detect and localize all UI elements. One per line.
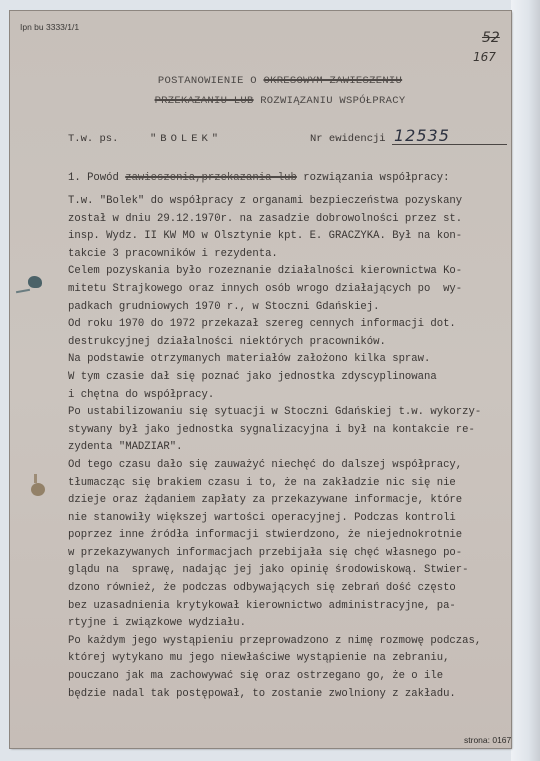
body-line: pouczano jak ma zachowywać się oraz ostr… bbox=[68, 668, 508, 686]
body-line: stywany był jako jednostka sygnalizacyjn… bbox=[68, 422, 508, 440]
pseudonym: "BOLEK" bbox=[150, 133, 222, 145]
body-line: Po ustabilizowaniu się sytuacji w Stoczn… bbox=[68, 404, 508, 422]
body-line: padkach grudniowych 1970 r., w Stoczni G… bbox=[68, 299, 508, 317]
heading-suffix: rozwiązania współpracy: bbox=[297, 172, 450, 184]
body-line: Celem pozyskania było rozeznanie działal… bbox=[68, 263, 508, 281]
title-text: POSTANOWIENIE O bbox=[158, 75, 264, 87]
body-line: insp. Wydz. II KW MO w Olsztynie kpt. E.… bbox=[68, 228, 508, 246]
body-line: dzieje oraz żądaniem zapłaty za przekazy… bbox=[68, 492, 508, 510]
body-line: Od roku 1970 do 1972 przekazał szereg ce… bbox=[68, 316, 508, 334]
ink-stain bbox=[28, 276, 42, 288]
handwritten-crossed-number: 52 bbox=[482, 30, 500, 46]
body-line: w przekazywanych informacjach przebijała… bbox=[68, 545, 508, 563]
title-struck-text: PRZEKAZANIU LUB bbox=[155, 95, 254, 107]
document-title-line-1: POSTANOWIENIE O OKRESOWYM ZAWIESZENIU bbox=[70, 75, 490, 87]
body-line: Na podstawie otrzymanych materiałów zało… bbox=[68, 351, 508, 369]
body-paragraph: T.w. "Bolek" do współpracy z organami be… bbox=[68, 193, 508, 703]
body-line: glądu na sprawę, nadając jej jako opinię… bbox=[68, 562, 508, 580]
body-line: poprzez inne źródła informacji stwierdzo… bbox=[68, 527, 508, 545]
body-line: bez uzasadnienia krytykował kierownictwo… bbox=[68, 598, 508, 616]
body-line: będzie nadal tak postępował, to zostanie… bbox=[68, 686, 508, 704]
body-line: i chętna do współpracy. bbox=[68, 387, 508, 405]
brown-stain bbox=[31, 483, 45, 496]
body-line: destrukcyjnej działalności niektórych pr… bbox=[68, 334, 508, 352]
body-line: nie stanowiły większej wartości operacyj… bbox=[68, 510, 508, 528]
body-line: Po każdym jego wystąpieniu przeprowadzon… bbox=[68, 633, 508, 651]
body-line: Od tego czasu dało się zauważyć niechęć … bbox=[68, 457, 508, 475]
heading-prefix: 1. Powód bbox=[68, 172, 125, 184]
archive-reference: Ipn bu 3333/1/1 bbox=[20, 22, 79, 32]
body-line: tłumacząc się brakiem czasu i to, że na … bbox=[68, 475, 508, 493]
body-line: został w dniu 29.12.1970r. na zasadzie d… bbox=[68, 211, 508, 229]
evidence-number-handwritten: 12535 bbox=[394, 126, 450, 145]
page-number: strona: 0167 bbox=[464, 735, 511, 745]
section-1-heading: 1. Powód zawieszenia,przekazania lub roz… bbox=[68, 172, 449, 184]
handwritten-folio-number: 167 bbox=[473, 50, 496, 64]
scanner-edge bbox=[511, 0, 540, 761]
heading-struck-text: zawieszenia,przekazania lub bbox=[125, 172, 297, 184]
body-line: której wytykano mu jego niewłaściwe wyst… bbox=[68, 650, 508, 668]
body-line: takcie 3 pracowników i rezydenta. bbox=[68, 246, 508, 264]
evidence-underline bbox=[392, 144, 507, 145]
body-line: T.w. "Bolek" do współpracy z organami be… bbox=[68, 193, 508, 211]
title-text: ROZWIĄZANIU WSPÓŁPRACY bbox=[254, 95, 406, 107]
body-line: W tym czasie dał się poznać jako jednost… bbox=[68, 369, 508, 387]
body-line: dzono również, że podczas odbywających s… bbox=[68, 580, 508, 598]
body-line: rtyjne i związkowe wydziału. bbox=[68, 615, 508, 633]
body-line: mitetu Strajkowego oraz innych osób wrog… bbox=[68, 281, 508, 299]
tw-label: T.w. ps. bbox=[68, 133, 118, 145]
title-struck-text: OKRESOWYM ZAWIESZENIU bbox=[264, 75, 403, 87]
body-line: zydenta "MADZIAR". bbox=[68, 439, 508, 457]
document-title-line-2: PRZEKAZANIU LUB ROZWIĄZANIU WSPÓŁPRACY bbox=[70, 95, 490, 107]
evidence-number-label: Nr ewidencji bbox=[310, 133, 386, 145]
stain-drip bbox=[34, 474, 37, 483]
